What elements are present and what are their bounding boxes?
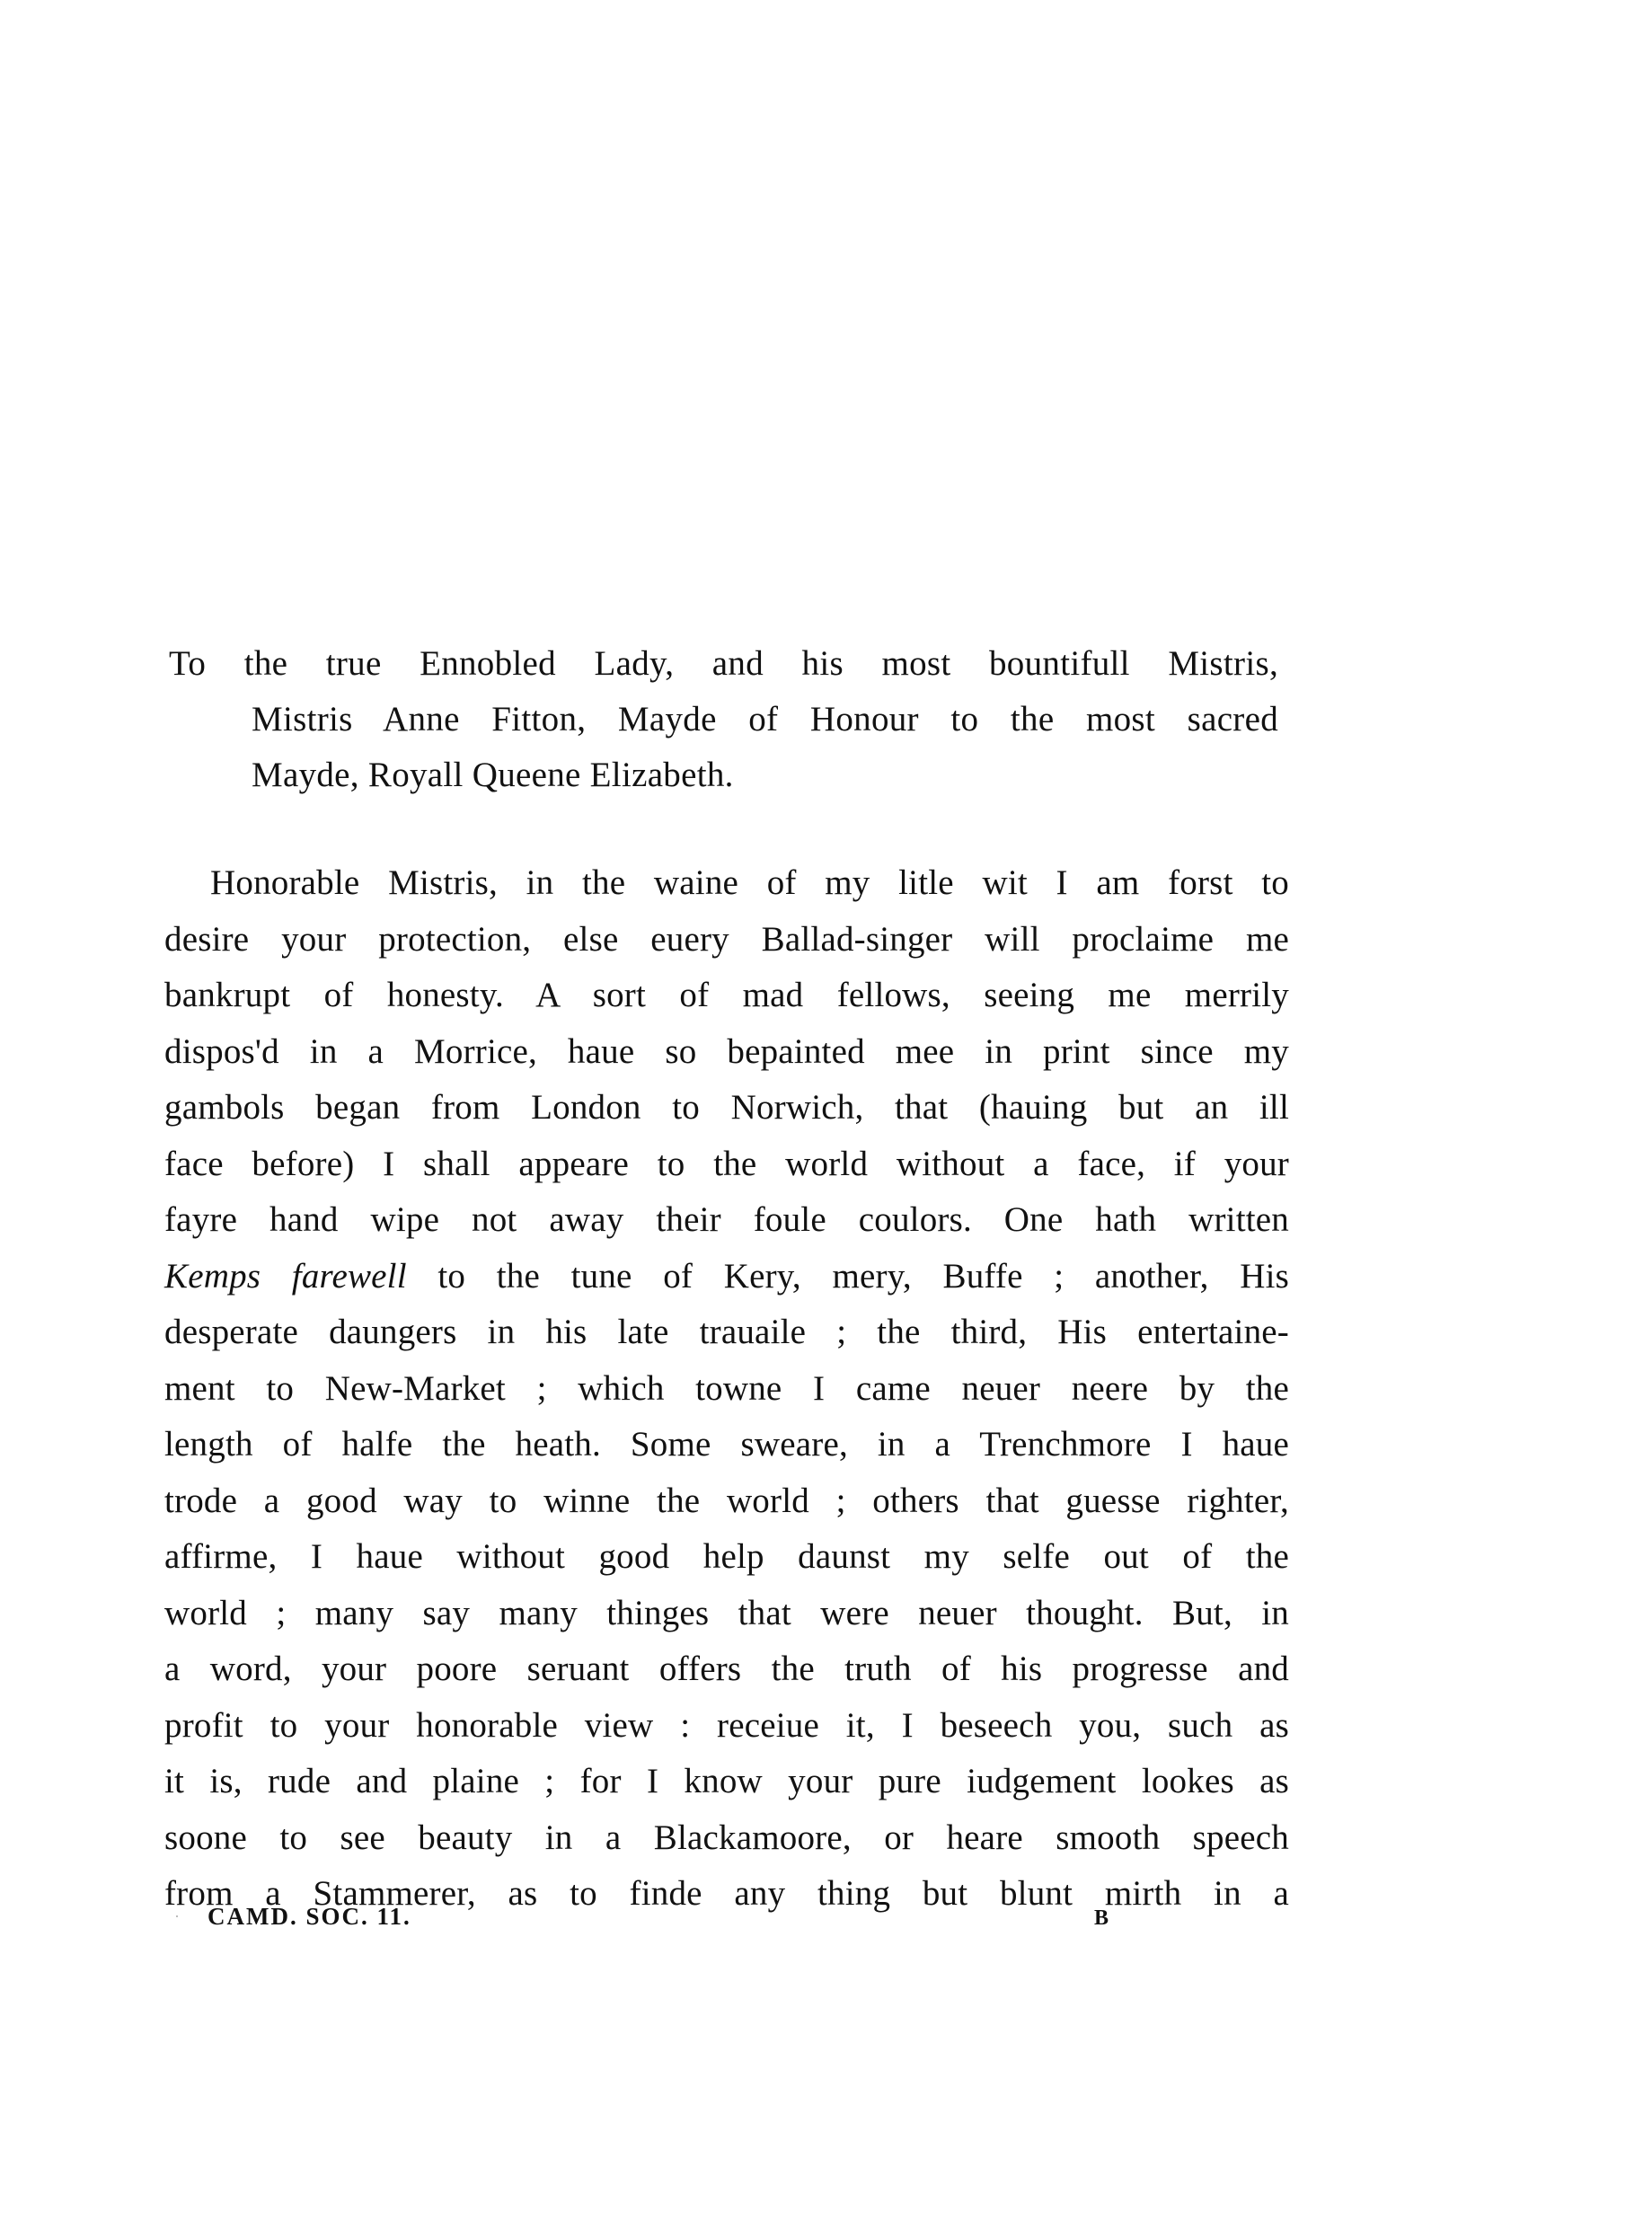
body-line: it is, rude and plaine ; for I know your… bbox=[164, 1754, 1289, 1810]
dedication-heading: To the true Ennobled Lady, and his most … bbox=[169, 636, 1292, 803]
italic-title: Kemps farewell bbox=[164, 1257, 407, 1296]
body-line: ment to New-Market ; which towne I came … bbox=[164, 1361, 1289, 1418]
body-line: world ; many say many thinges that were … bbox=[164, 1586, 1289, 1642]
body-line: desire your protection, else euery Balla… bbox=[164, 912, 1289, 968]
body-line: gambols began from London to Norwich, th… bbox=[164, 1080, 1289, 1137]
body-line-with-italic-title: Kemps farewell to the tune of Kery, mery… bbox=[164, 1249, 1289, 1305]
page-footer: CAMD. SOC. 11. B bbox=[0, 1903, 1652, 1957]
signature-mark-left: CAMD. SOC. 11. bbox=[208, 1903, 411, 1931]
document-page: To the true Ennobled Lady, and his most … bbox=[0, 0, 1652, 2220]
body-line: face before) I shall appeare to the worl… bbox=[164, 1137, 1289, 1193]
body-line: trode a good way to winne the world ; ot… bbox=[164, 1473, 1289, 1530]
body-line: bankrupt of honesty. A sort of mad fello… bbox=[164, 968, 1289, 1024]
body-line: Honorable Mistris, in the waine of my li… bbox=[164, 855, 1289, 912]
heading-line-2: Mistris Anne Fitton, Mayde of Honour to … bbox=[169, 692, 1278, 747]
body-line-rest: to the tune of Kery, mery, Buffe ; anoth… bbox=[437, 1257, 1289, 1296]
body-line: soone to see beauty in a Blackamoore, or… bbox=[164, 1810, 1289, 1867]
body-line: desperate daungers in his late trauaile … bbox=[164, 1305, 1289, 1361]
body-line: length of halfe the heath. Some sweare, … bbox=[164, 1417, 1289, 1473]
scan-speck bbox=[176, 1915, 178, 1917]
heading-line-3: Mayde, Royall Queene Elizabeth. bbox=[169, 747, 1292, 803]
body-line: a word, your poore seruant offers the tr… bbox=[164, 1641, 1289, 1698]
body-line: affirme, I haue without good help daunst… bbox=[164, 1529, 1289, 1586]
heading-line-1: To the true Ennobled Lady, and his most … bbox=[169, 636, 1278, 692]
body-line: profit to your honorable view : receiue … bbox=[164, 1698, 1289, 1755]
body-line: fayre hand wipe not away their foule cou… bbox=[164, 1192, 1289, 1249]
body-line: dispos'd in a Morrice, haue so bepainted… bbox=[164, 1024, 1289, 1081]
dedication-body: Honorable Mistris, in the waine of my li… bbox=[164, 855, 1289, 1923]
signature-mark-right: B bbox=[1094, 1906, 1110, 1931]
